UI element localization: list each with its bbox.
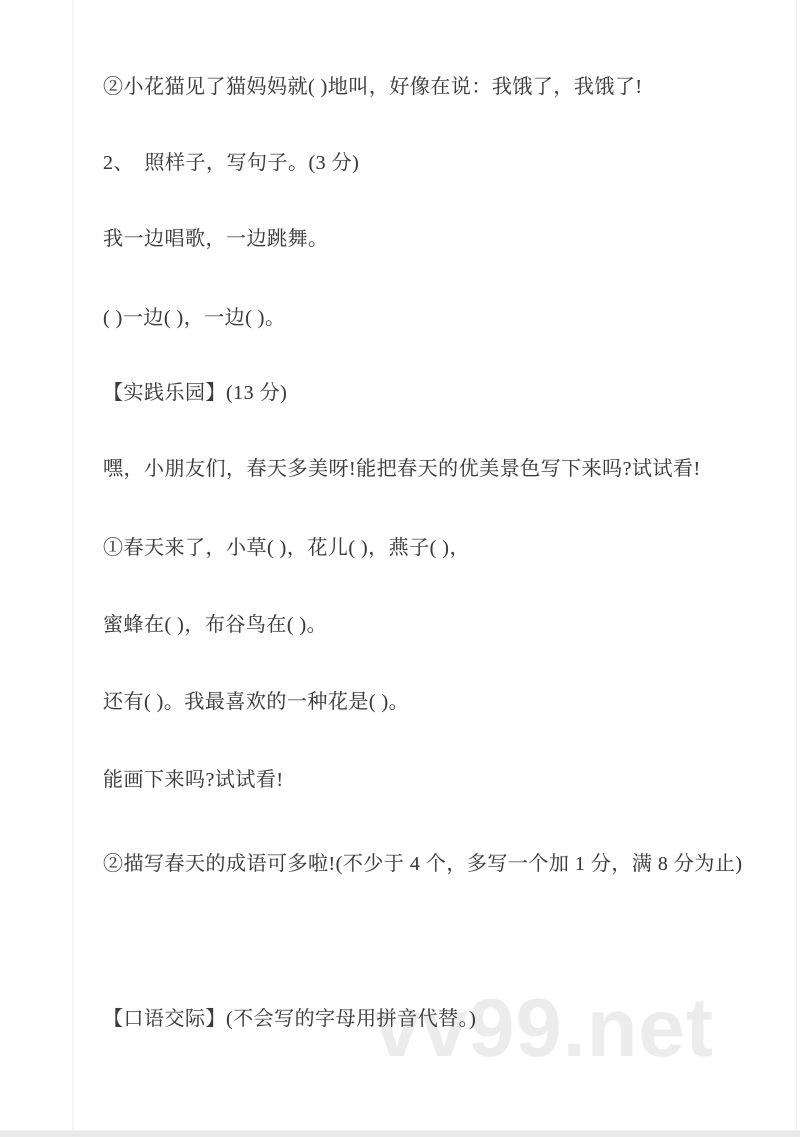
- idiom-question-text: ②描写春天的成语可多啦!(不少于 4 个，多写一个加 1 分，满 8 分为止): [103, 851, 742, 877]
- section-heading-oral-communication: 【口语交际】(不会写的字母用拼音代替。): [103, 1006, 476, 1032]
- page-right-edge: [796, 0, 797, 1130]
- draw-prompt-text: 能画下来吗?试试看!: [103, 767, 284, 793]
- page-bottom-edge: [0, 1130, 800, 1137]
- section-heading-practice-garden: 【实践乐园】(13 分): [103, 380, 287, 406]
- fill-blank-sentence-pattern: ( )一边( )，一边( )。: [103, 305, 285, 331]
- question-line-cat-fill-blank: ②小花猫见了猫妈妈就( )地叫，好像在说：我饿了，我饿了!: [103, 74, 642, 100]
- spring-fill-blank-line-3: 还有( )。我最喜欢的一种花是( )。: [103, 689, 409, 715]
- practice-intro-text: 嘿，小朋友们，春天多美呀!能把春天的优美景色写下来吗?试试看!: [103, 456, 701, 482]
- spring-fill-blank-line-2: 蜜蜂在( )，布谷鸟在( )。: [103, 612, 327, 638]
- spring-fill-blank-line-1: ①春天来了，小草( )，花儿( )，燕子( )，: [103, 535, 470, 561]
- scan-fold-line: [72, 0, 74, 1130]
- example-sentence: 我一边唱歌，一边跳舞。: [103, 226, 329, 252]
- document-page: vv99.net ②小花猫见了猫妈妈就( )地叫，好像在说：我饿了，我饿了! 2…: [0, 0, 800, 1137]
- question-heading-write-sentence: 2、 照样子，写句子。(3 分): [103, 150, 359, 176]
